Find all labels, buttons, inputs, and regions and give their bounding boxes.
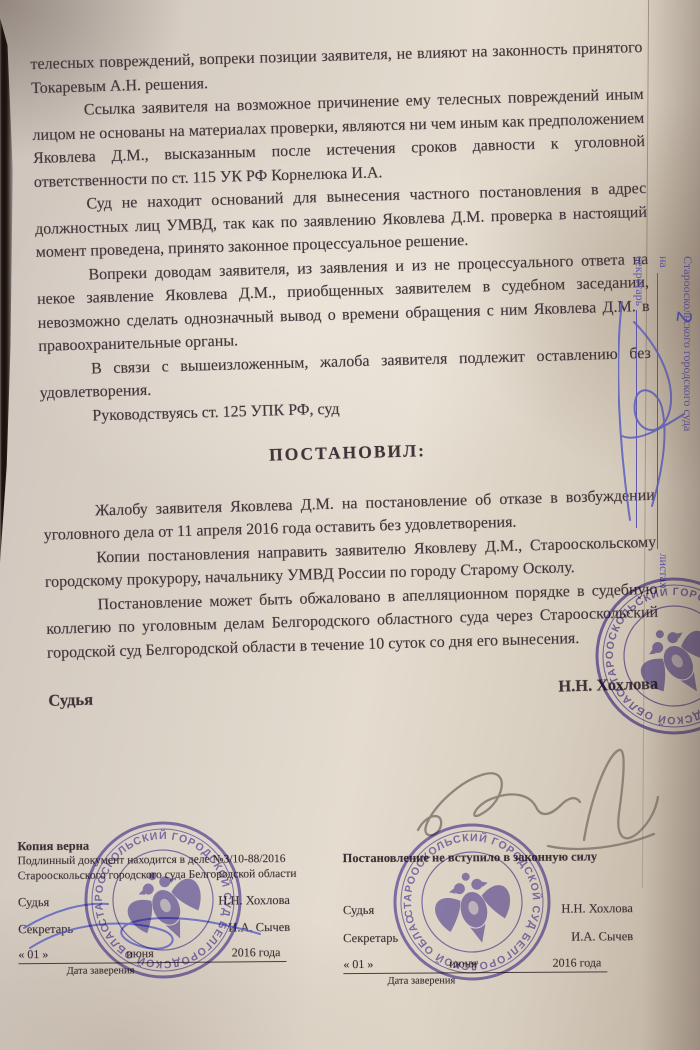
court-round-stamp: СТАРООСКОЛЬСКИЙ ГОРОДСКОЙ СУД БЕЛГОРОДСК… [31, 768, 295, 1032]
paragraph: Вопреки доводам заявителя, из заявления … [36, 247, 650, 358]
resolution-heading: ПОСТАНОВИЛ: [41, 433, 653, 474]
judge-label: Судья [48, 688, 93, 713]
date-day: « 01 » [18, 947, 48, 962]
paragraph: Ссылка заявителя на возможное причинение… [32, 83, 646, 194]
date-day: « 01 » [343, 957, 373, 972]
photo-left-edge-shadow [0, 18, 15, 563]
document-photo: телесных повреждений, вопреки позиции за… [0, 0, 700, 1050]
judge-label: Судья [18, 895, 49, 910]
double-headed-eagle-icon [116, 857, 215, 954]
double-headed-eagle-icon [626, 610, 700, 712]
